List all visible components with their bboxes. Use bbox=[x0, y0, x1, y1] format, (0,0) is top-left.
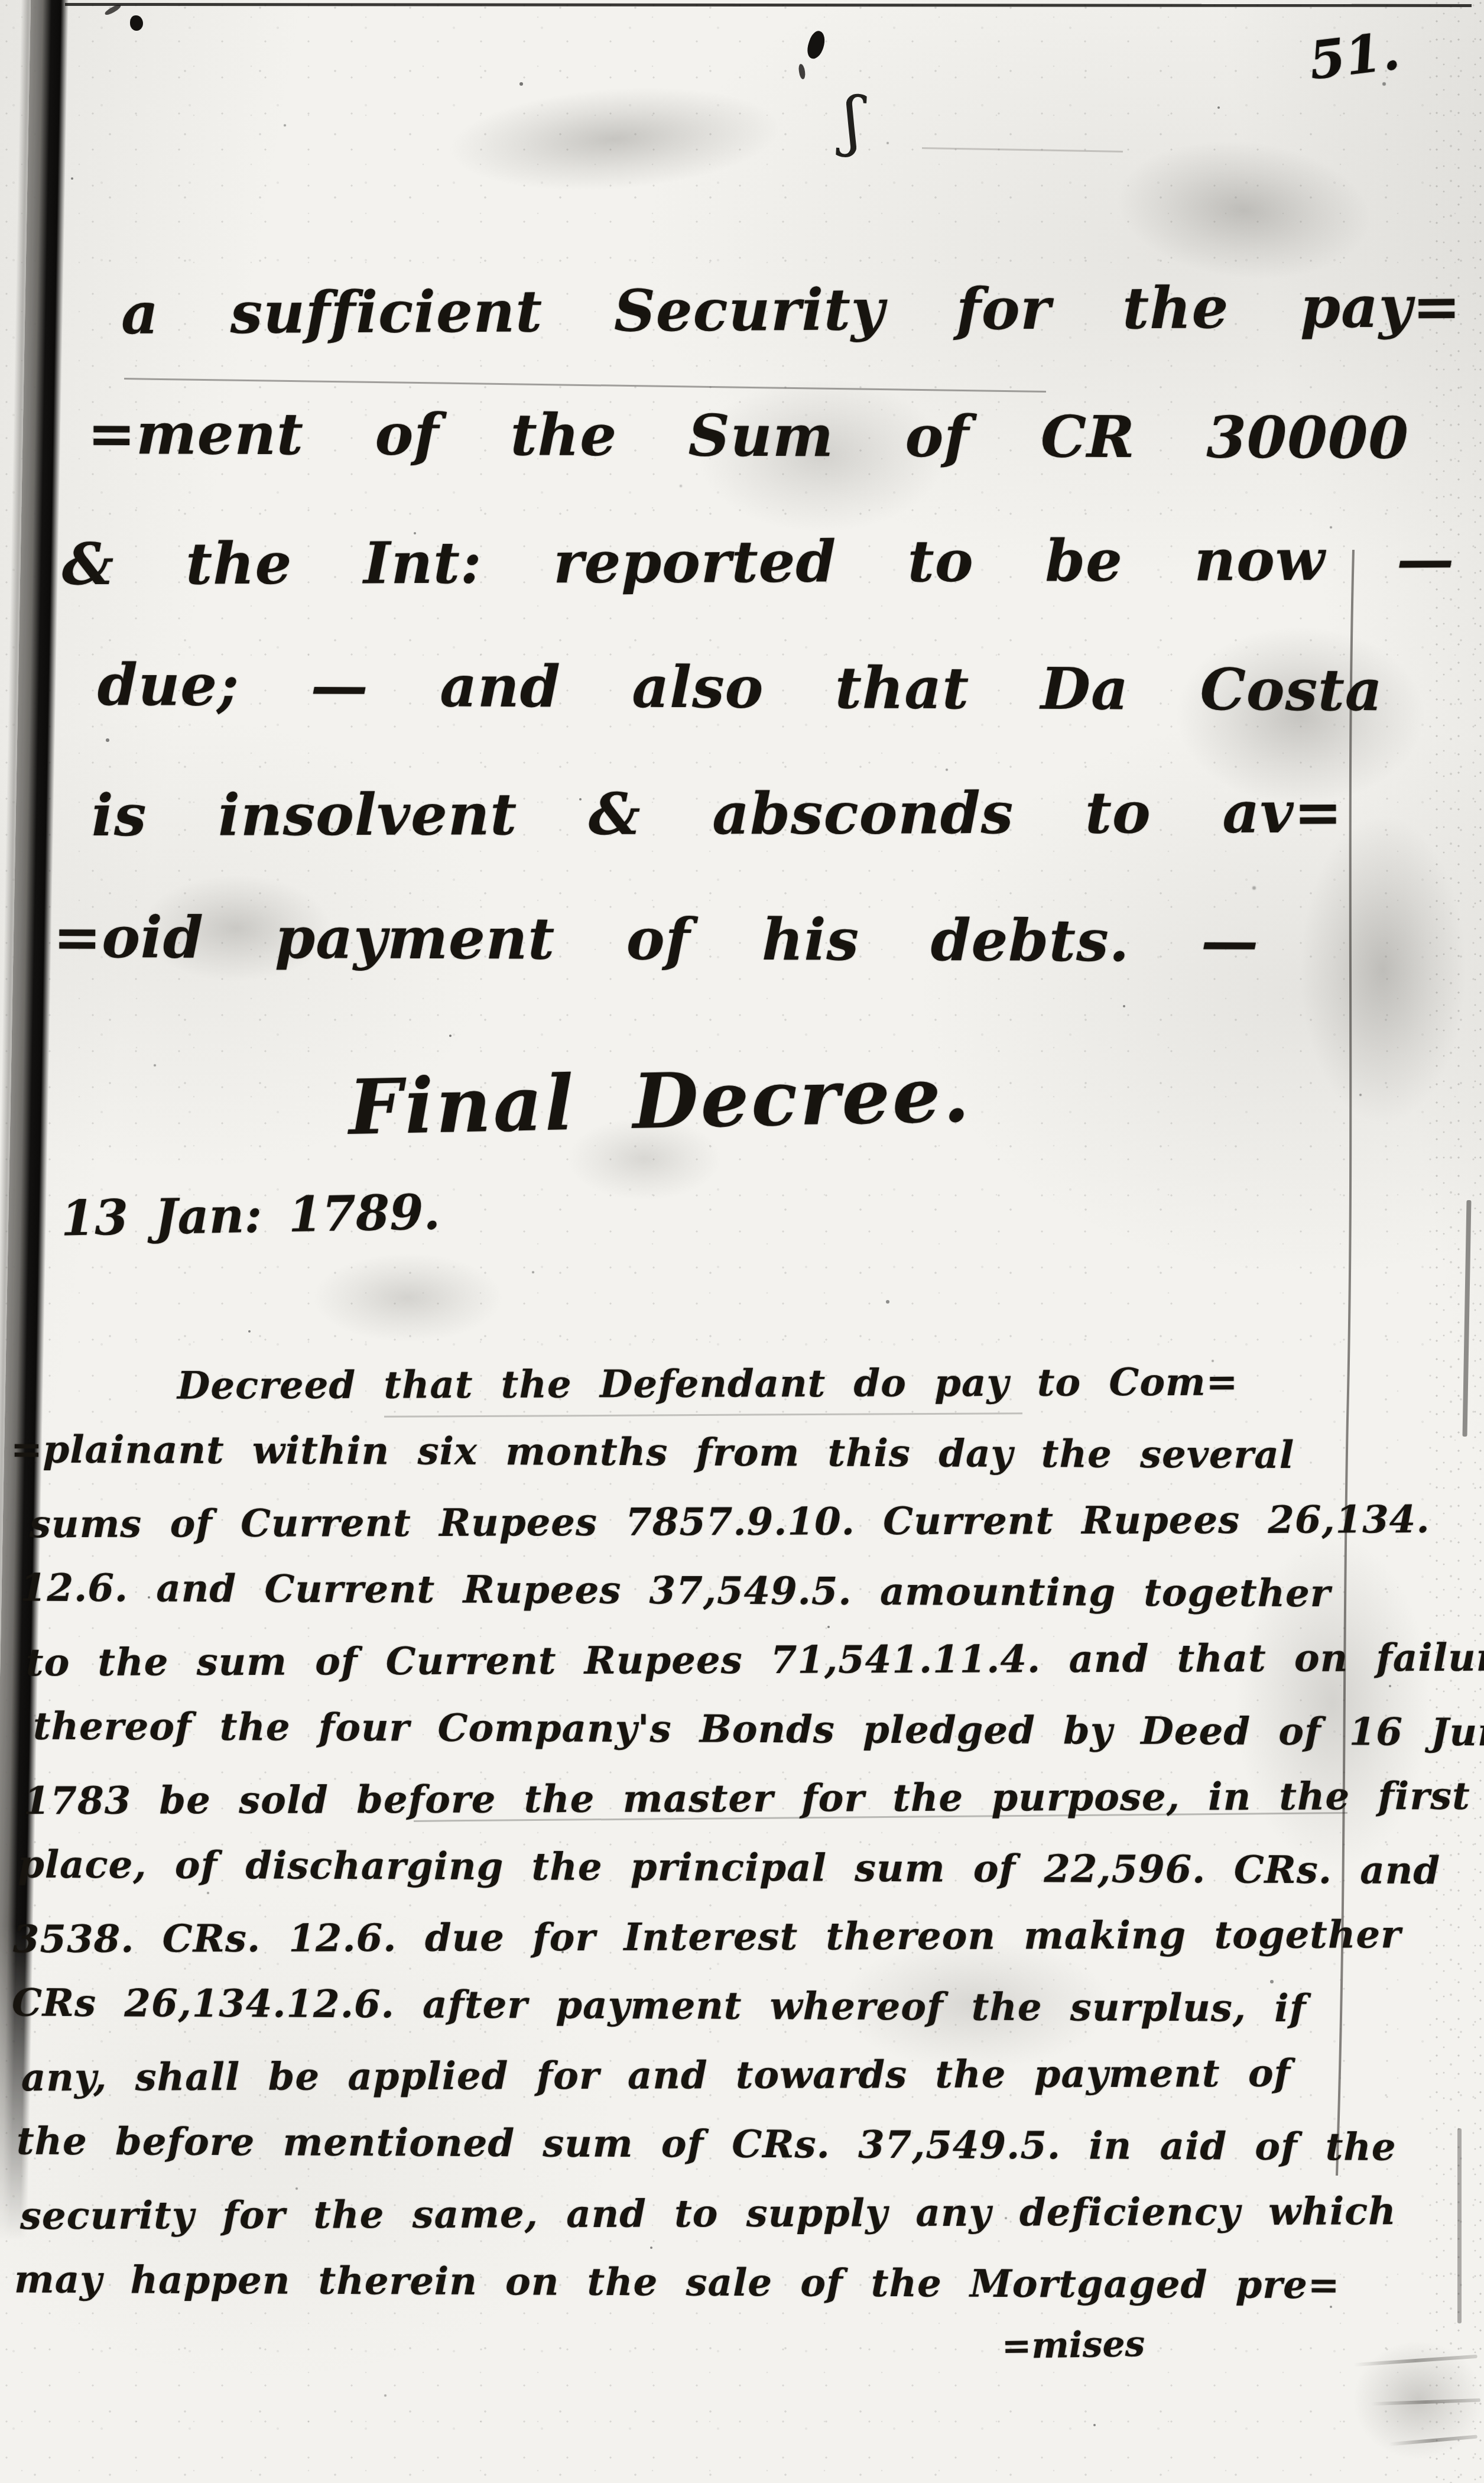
date-line: 13 Jan: 1789. bbox=[60, 1184, 440, 1247]
ink-squiggle-mark: ʃ bbox=[842, 82, 864, 158]
manuscript-line: =oid payment of his debts. — bbox=[53, 874, 1484, 1005]
manuscript-line: is insolvent & absconds to av= bbox=[92, 749, 1484, 879]
manuscript-line: =plainant within six months from this da… bbox=[11, 1415, 1484, 1491]
manuscript-line: 1783 be sold before the master for the p… bbox=[24, 1762, 1484, 1836]
manuscript-line: the before mentioned sum of CRs. 37,549.… bbox=[17, 2107, 1484, 2183]
page-number: 51. bbox=[1306, 20, 1403, 92]
manuscript-line: sums of Current Rupees 7857.9.10. Curren… bbox=[30, 1485, 1484, 1560]
top-ink-blot bbox=[804, 29, 828, 61]
catchword: =mises bbox=[1001, 2323, 1145, 2367]
manuscript-line: to the sum of Current Rupees 71,541.11.4… bbox=[26, 1623, 1484, 1698]
manuscript-line: 3538. CRs. 12.6. due for Interest thereo… bbox=[13, 1900, 1484, 1975]
manuscript-line: CRs 26,134.12.6. after payment whereof t… bbox=[12, 1969, 1484, 2044]
corner-streak bbox=[1353, 2355, 1477, 2367]
decree-paragraph: Decreed that the Defendant do pay to Com… bbox=[0, 1349, 1484, 2317]
top-left-ink-mark bbox=[130, 15, 143, 31]
paper-stain bbox=[446, 77, 783, 201]
manuscript-line: 12.6. and Current Rupees 37,549.5. amoun… bbox=[20, 1554, 1484, 1629]
preamble-paragraph: a sufficient Security for the pay= =ment… bbox=[0, 247, 1484, 1003]
corner-streak bbox=[1389, 2435, 1477, 2446]
manuscript-line: security for the same, and to supply any… bbox=[20, 2177, 1484, 2251]
manuscript-line: place, of discharging the principal sum … bbox=[18, 1830, 1484, 1906]
heading-final-decree: Final Decree. bbox=[348, 1051, 973, 1152]
corner-streak bbox=[1371, 2398, 1480, 2406]
manuscript-line: Decreed that the Defendant do pay to Com… bbox=[177, 1347, 1484, 1421]
manuscript-line: a sufficient Security for the pay= bbox=[121, 244, 1484, 377]
dust-specks bbox=[0, 0, 2, 2]
manuscript-line: any, shall be applied for and towards th… bbox=[21, 2038, 1484, 2113]
manuscript-line: may happen therein on the sale of the Mo… bbox=[14, 2245, 1484, 2321]
manuscript-line: thereof the four Company's Bonds pledged… bbox=[33, 1692, 1484, 1768]
paper-stain bbox=[313, 1253, 502, 1342]
faint-dash-mark bbox=[922, 147, 1123, 153]
manuscript-line: due; — and also that Da Costa bbox=[98, 622, 1484, 754]
top-edge-line bbox=[65, 3, 1472, 7]
top-ink-blot bbox=[798, 63, 806, 79]
manuscript-line: =ment of the Sum of CR 30000 bbox=[87, 371, 1484, 501]
manuscript-page: 51. ʃ a sufficient Security for the pay=… bbox=[0, 0, 1484, 2483]
manuscript-line: & the Int: reported to be now — bbox=[62, 497, 1484, 627]
